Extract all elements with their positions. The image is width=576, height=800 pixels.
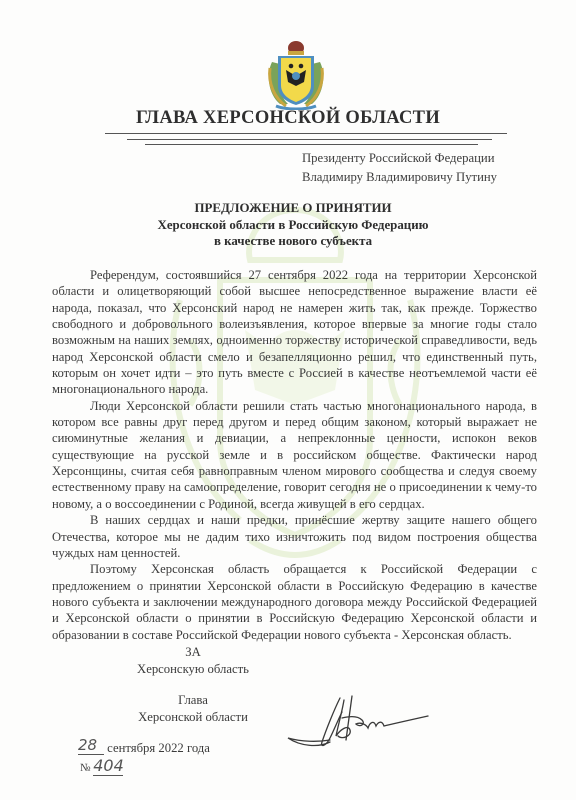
signer-title-line-1: Глава bbox=[118, 692, 268, 709]
signer-title-line-2: Херсонской области bbox=[118, 709, 268, 726]
date-rest: сентября 2022 года bbox=[107, 741, 210, 755]
closing-za-line-1: ЗА bbox=[118, 644, 268, 661]
body-paragraph-4: Поэтому Херсонская область обращается к … bbox=[52, 561, 537, 643]
letterhead-rule-3 bbox=[145, 144, 478, 145]
document-number: № 404 bbox=[80, 756, 123, 776]
date-day-handwritten: 28 bbox=[78, 736, 104, 755]
body-paragraph-2: Люди Херсонской области решили стать час… bbox=[52, 398, 537, 512]
document-title-line-2: Херсонской области в Российскую Федераци… bbox=[0, 217, 576, 234]
number-handwritten: 404 bbox=[93, 756, 123, 776]
document-title-line-3: в качестве нового субъекта bbox=[0, 233, 576, 250]
number-label: № bbox=[80, 762, 91, 774]
letterhead-rule-1 bbox=[105, 133, 507, 134]
document-title: ПРЕДЛОЖЕНИЕ О ПРИНЯТИИ Херсонской област… bbox=[0, 200, 576, 250]
signer-title: Глава Херсонской области bbox=[118, 692, 268, 726]
document-title-line-1: ПРЕДЛОЖЕНИЕ О ПРИНЯТИИ bbox=[0, 200, 576, 217]
letter-page: ГЛАВА ХЕРСОНСКОЙ ОБЛАСТИ Президенту Росс… bbox=[0, 0, 576, 800]
signature-icon bbox=[282, 690, 432, 760]
body-paragraph-1: Референдум, состоявшийся 27 сентября 202… bbox=[52, 267, 537, 398]
letter-body: Референдум, состоявшийся 27 сентября 202… bbox=[52, 267, 537, 643]
closing-za-line-2: Херсонскую область bbox=[118, 661, 268, 678]
body-paragraph-3: В наших сердцах и наши предки, принёсшие… bbox=[52, 512, 537, 561]
letterhead-title: ГЛАВА ХЕРСОНСКОЙ ОБЛАСТИ bbox=[0, 108, 576, 129]
letterhead-rule-2 bbox=[127, 139, 492, 140]
closing-za: ЗА Херсонскую область bbox=[118, 644, 268, 678]
addressee-title: Президенту Российской Федерации bbox=[302, 149, 542, 168]
coat-of-arms-icon bbox=[266, 38, 326, 110]
date-line: 28 сентября 2022 года bbox=[78, 738, 210, 757]
addressee: Президенту Российской Федерации Владимир… bbox=[302, 149, 542, 187]
addressee-name: Владимиру Владимировичу Путину bbox=[302, 168, 542, 187]
